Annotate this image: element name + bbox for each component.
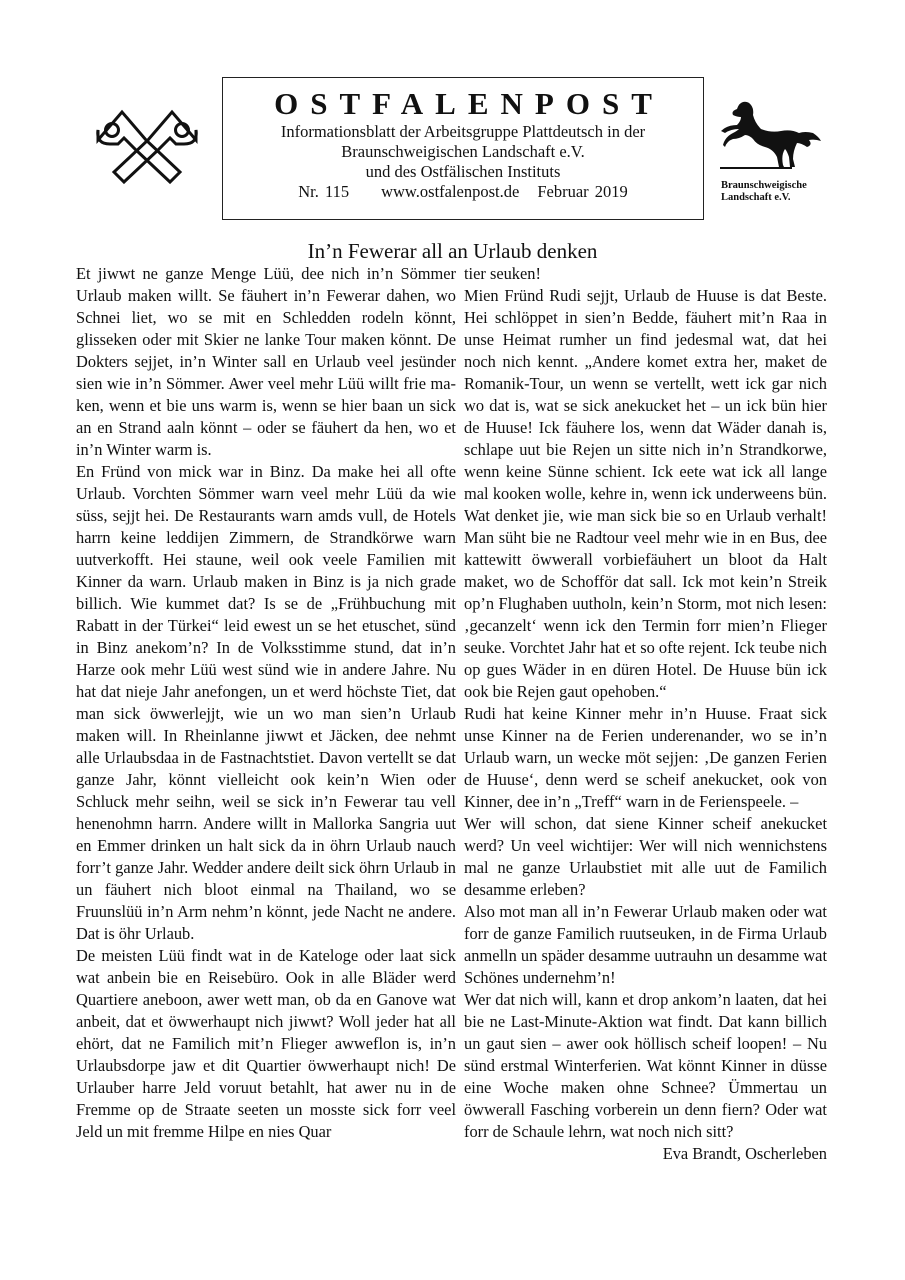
- paragraph: Wer dat nich will, kann et drop ankom’n …: [464, 989, 827, 1143]
- paragraph: Rudi hat keine Kinner mehr in’n Huuse. F…: [464, 703, 827, 813]
- website-link[interactable]: www.ostfalenpost.de: [381, 182, 519, 202]
- newsletter-page: OSTFALENPOST Informationsblatt der Arbei…: [0, 0, 905, 1280]
- issue-number: Nr. 115: [298, 182, 349, 202]
- subtitle-line-3: und des Ostfälischen Instituts: [223, 162, 703, 182]
- paragraph: tier seuken!: [464, 263, 827, 285]
- paragraph: Also mot man all in’n Fewerar Urlaub mak…: [464, 901, 827, 989]
- braunschweig-logo: Braunschweigische Landschaft e.V.: [715, 95, 830, 215]
- crossed-keys-logo-icon: [88, 100, 206, 190]
- author-signature: Eva Brandt, Oscherleben: [464, 1143, 827, 1165]
- masthead-title: OSTFALENPOST: [223, 86, 703, 122]
- subtitle-line-2: Braunschweigischen Landschaft e.V.: [223, 142, 703, 162]
- article-title: In’n Fewerar all an Urlaub denken: [0, 238, 905, 264]
- subtitle-line-1: Informationsblatt der Arbeitsgruppe Plat…: [223, 122, 703, 142]
- issue-date: Februar 2019: [537, 182, 627, 202]
- masthead-box: OSTFALENPOST Informationsblatt der Arbei…: [222, 77, 704, 220]
- paragraph: Et jiwwt ne ganze Menge Lüü, dee nich in…: [76, 263, 456, 461]
- rearing-horse-logo-icon: [715, 95, 830, 180]
- paragraph: De meisten Lüü findt wat in de Kateloge …: [76, 945, 456, 1143]
- braunschweig-logo-caption: Braunschweigische Landschaft e.V.: [721, 180, 807, 204]
- article-column-left: Et jiwwt ne ganze Menge Lüü, dee nich in…: [76, 263, 456, 1143]
- issue-info-line: Nr. 115www.ostfalenpost.deFebruar 2019: [223, 182, 703, 202]
- paragraph: En Fründ von mick war in Binz. Da make h…: [76, 461, 456, 945]
- article-column-right: tier seuken! Mien Fründ Rudi sejjt, Urla…: [464, 263, 827, 1165]
- paragraph: Wer will schon, dat siene Kinner scheif …: [464, 813, 827, 901]
- paragraph: Mien Fründ Rudi sejjt, Urlaub de Huuse i…: [464, 285, 827, 703]
